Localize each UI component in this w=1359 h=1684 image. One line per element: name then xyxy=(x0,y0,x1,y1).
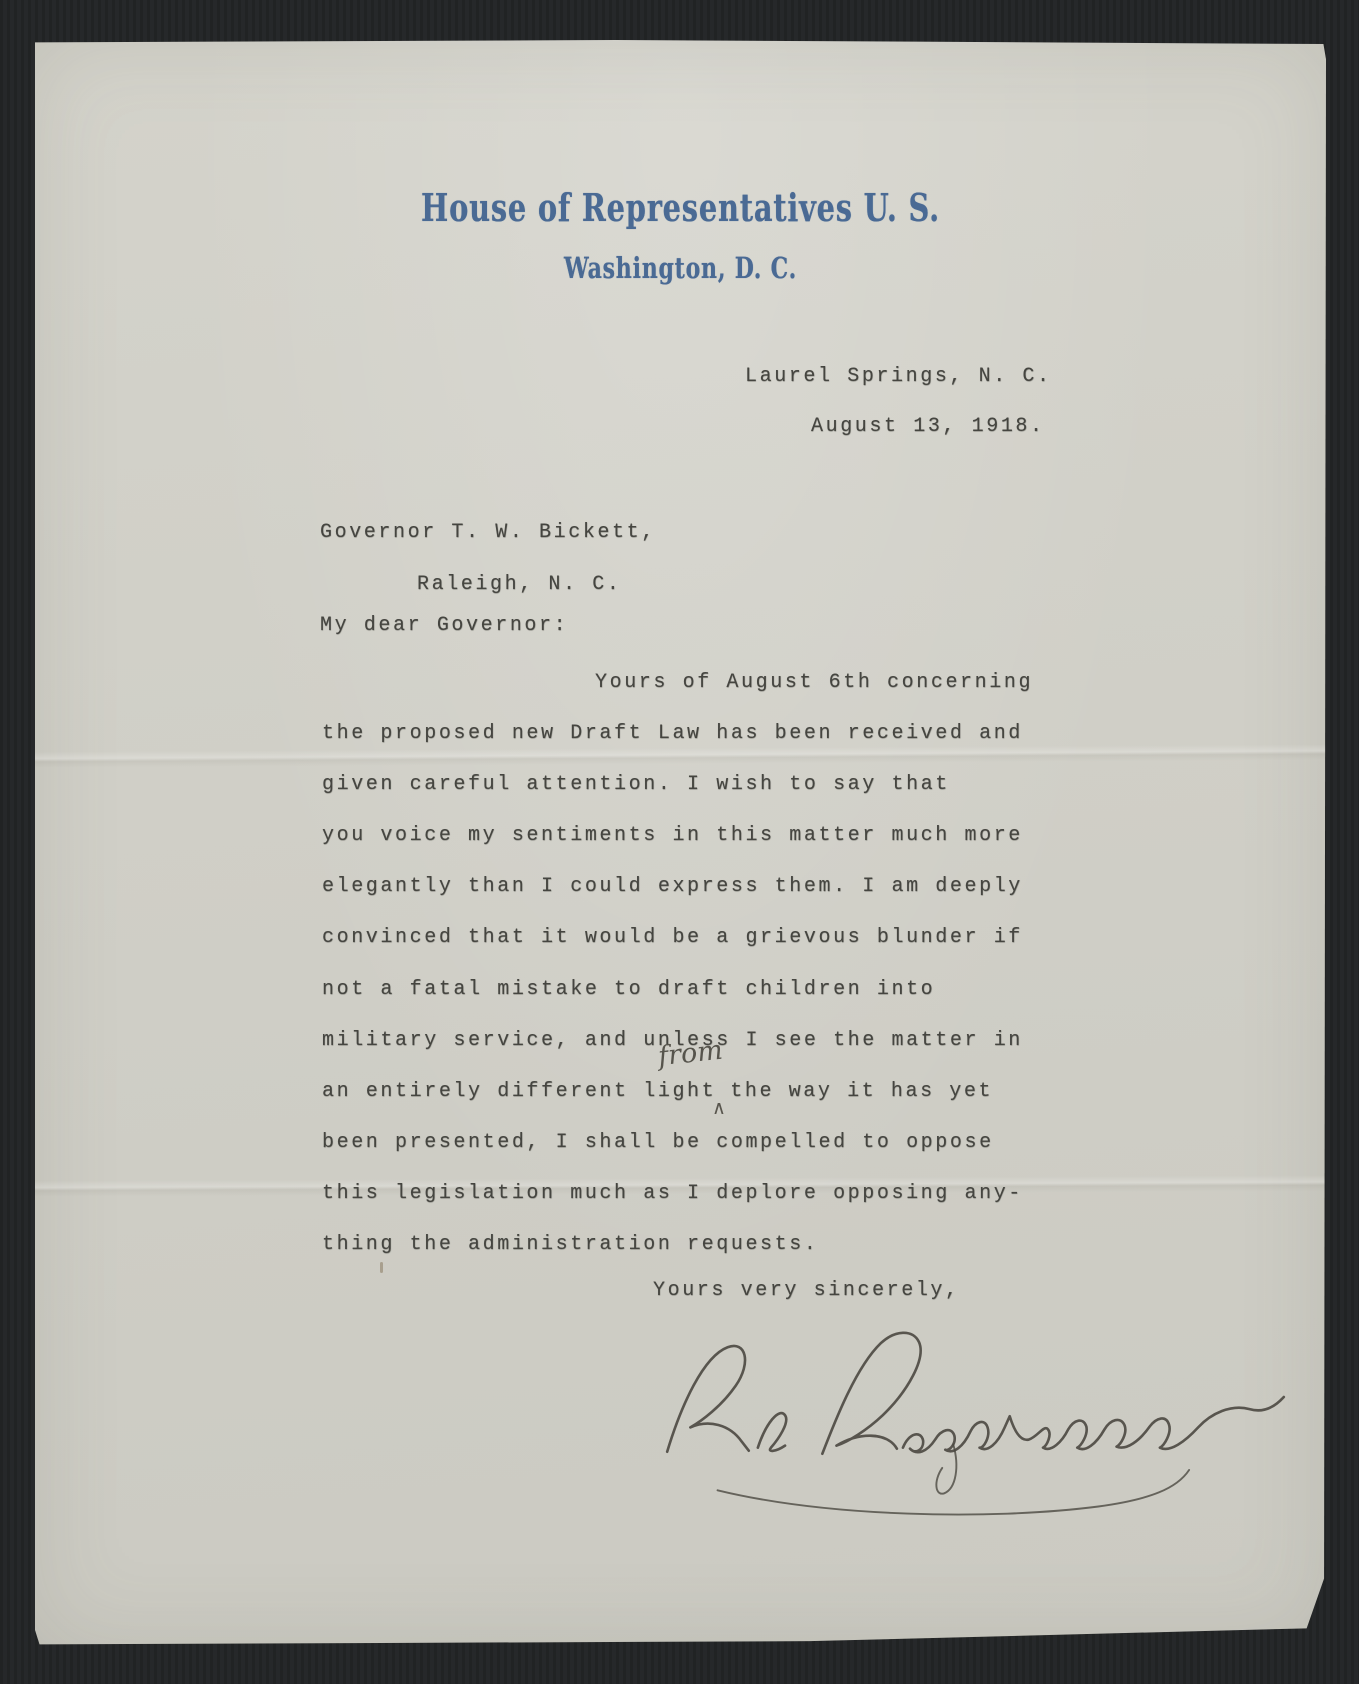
signature xyxy=(645,1328,1310,1543)
letter-page: House of Representatives U. S. Washingto… xyxy=(35,40,1326,1646)
letterhead: House of Representatives U. S. Washingto… xyxy=(190,186,1171,285)
body-line: convinced that it would be a grievous bl… xyxy=(322,912,1082,963)
body-line: Yours of August 6th concerning xyxy=(322,657,1082,708)
caret-mark: ∧ xyxy=(712,1099,726,1118)
body-line: this legislation much as I deplore oppos… xyxy=(322,1168,1082,1219)
recipient-city: Raleigh, N. C. xyxy=(417,559,656,611)
recipient-name: Governor T. W. Bickett, xyxy=(320,507,656,559)
letterhead-line2: Washington, D. C. xyxy=(190,251,1171,285)
letterhead-line1: House of Representatives U. S. xyxy=(190,186,1171,230)
body-line: been presented, I shall be compelled to … xyxy=(322,1117,1082,1168)
letter-body: Yours of August 6th concerning the propo… xyxy=(322,657,1082,1270)
body-line: given careful attention. I wish to say t… xyxy=(322,759,1082,810)
dateline: Laurel Springs, N. C. August 13, 1918. xyxy=(745,352,1052,452)
closing: Yours very sincerely, xyxy=(653,1277,960,1305)
body-line: not a fatal mistake to draft children in… xyxy=(322,964,1082,1015)
body-line: elegantly than I could express them. I a… xyxy=(322,861,1082,912)
handwritten-insertion: from xyxy=(657,1036,724,1070)
dateline-date: August 13, 1918. xyxy=(811,402,1052,452)
body-line: you voice my sentiments in this matter m… xyxy=(322,810,1082,861)
body-line: the proposed new Draft Law has been rece… xyxy=(322,708,1082,759)
recipient-block: Governor T. W. Bickett, Raleigh, N. C. xyxy=(320,507,656,611)
scan-background: House of Representatives U. S. Washingto… xyxy=(0,0,1359,1684)
dateline-place: Laurel Springs, N. C. xyxy=(745,352,1052,402)
paper-speck xyxy=(380,1262,383,1273)
insertion-post-text: the way it has yet xyxy=(730,1080,993,1103)
insertion-pre-text: an entirely different light xyxy=(322,1080,716,1103)
body-line-with-insertion: an entirely different lightthe way it ha… xyxy=(322,1066,1082,1117)
signature-stroke xyxy=(645,1328,1310,1543)
body-line: thing the administration requests. xyxy=(322,1219,1082,1270)
salutation: My dear Governor: xyxy=(320,612,568,640)
